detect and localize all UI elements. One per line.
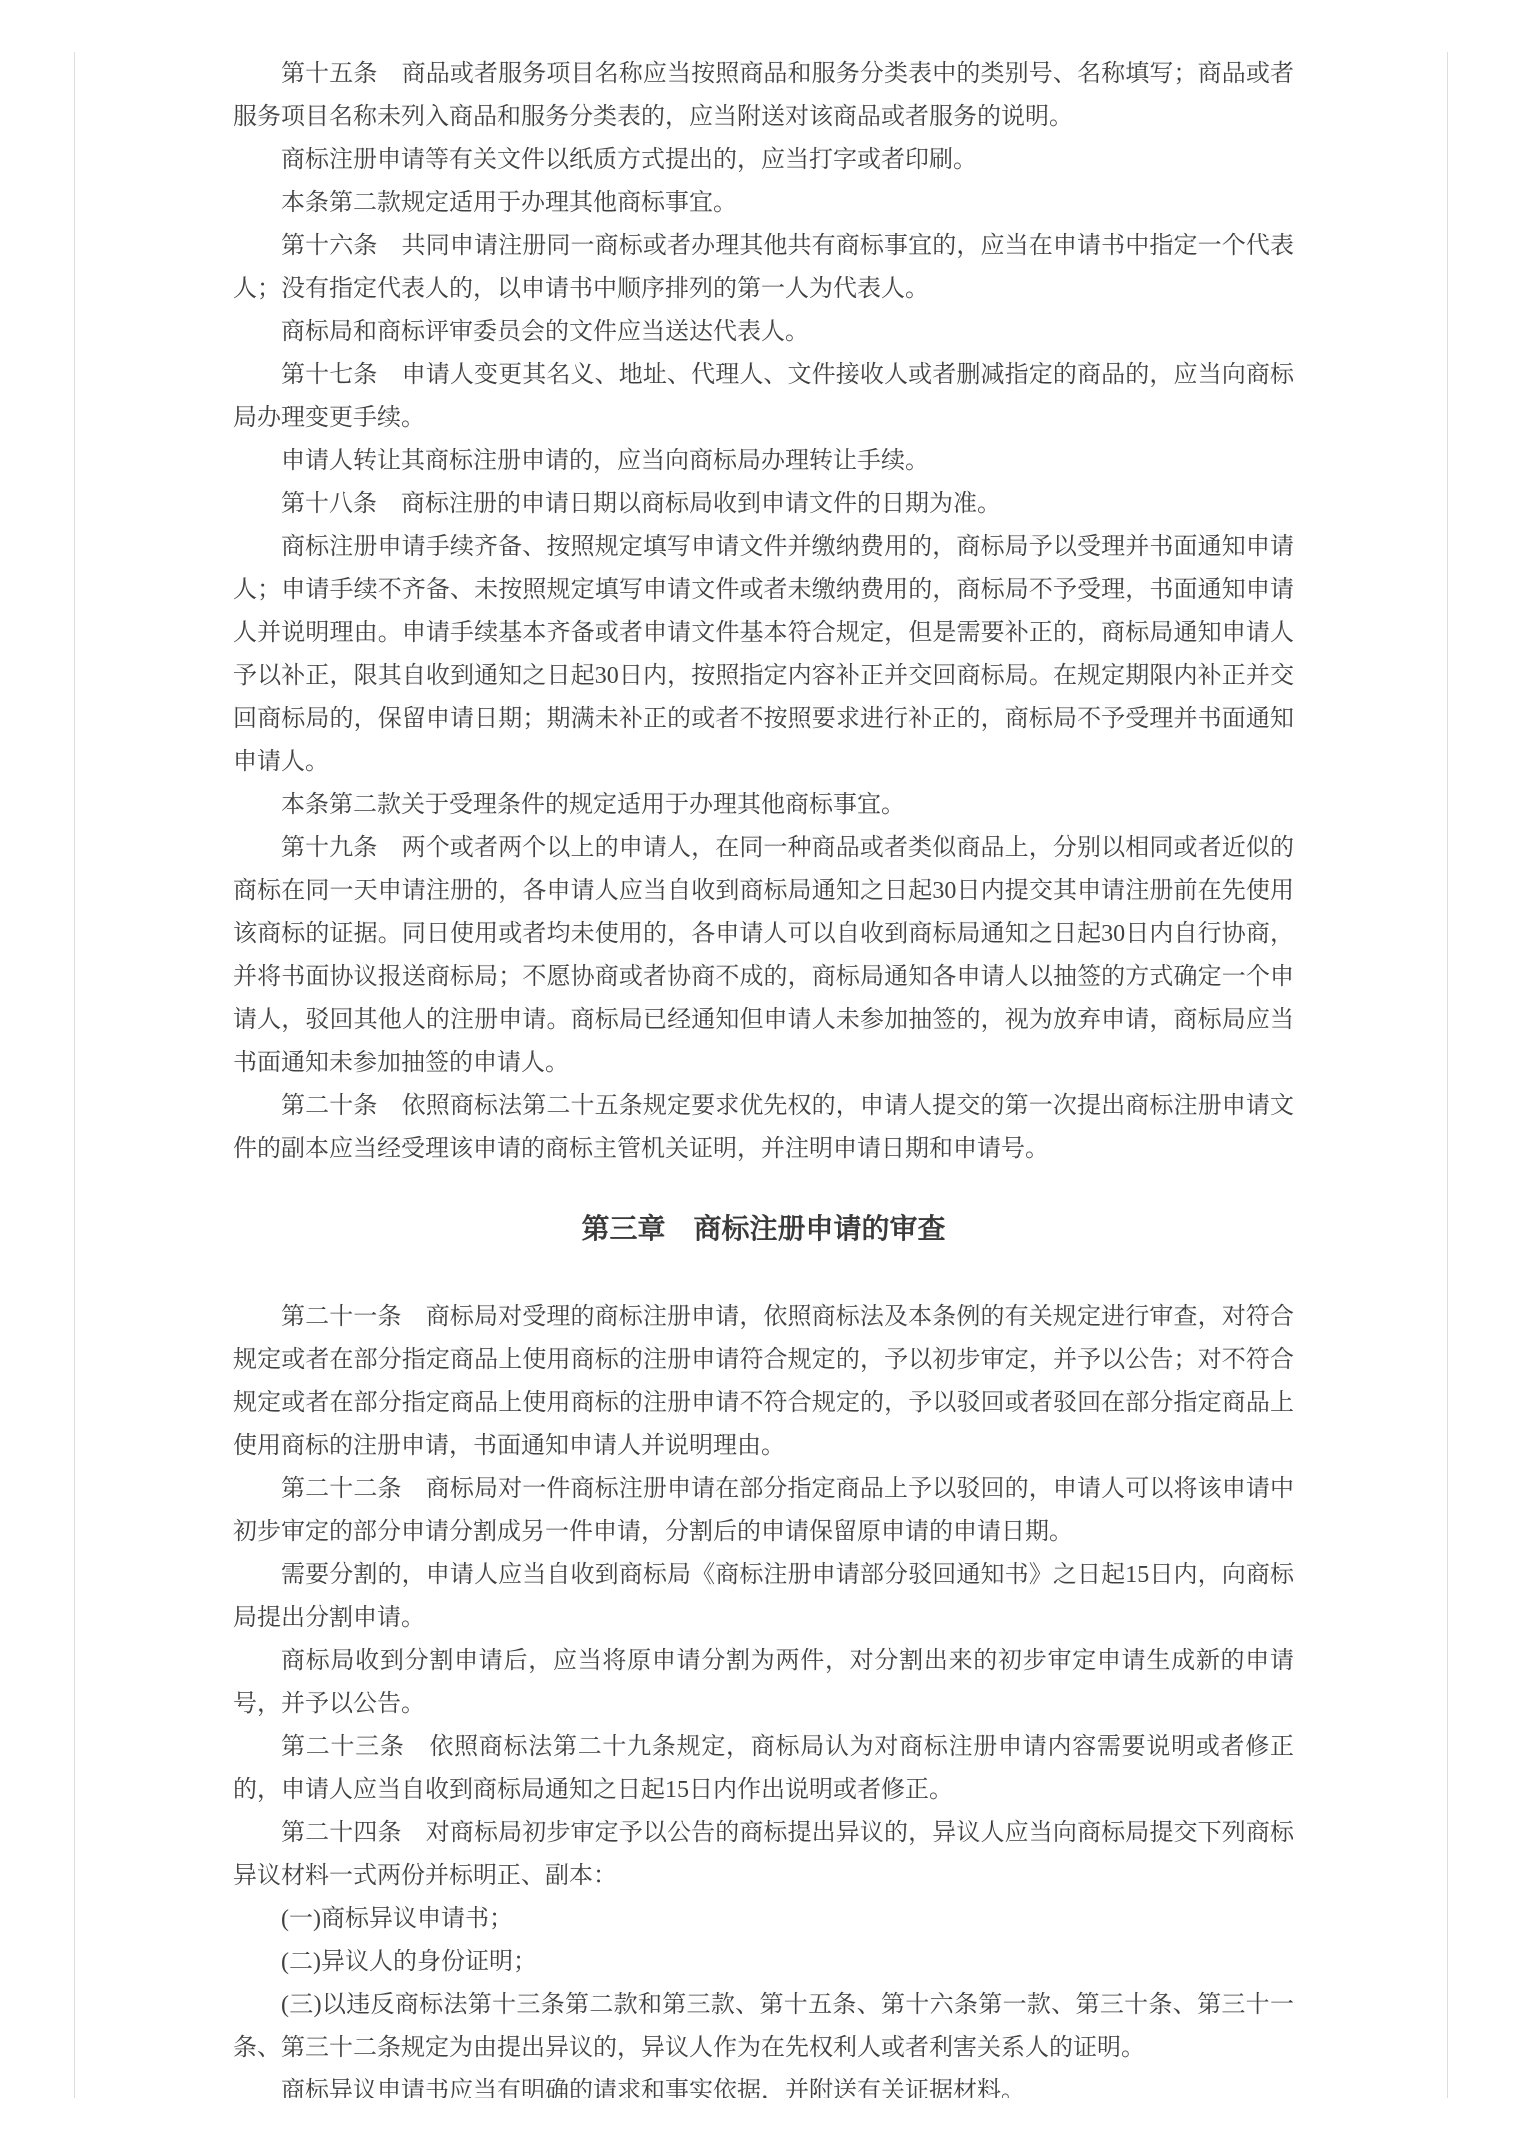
paragraph-article-24-item-1: (一)商标异议申请书；	[233, 1898, 1294, 1941]
paragraph-article-18-clause-2: 商标注册申请手续齐备、按照规定填写申请文件并缴纳费用的，商标局予以受理并书面通知…	[233, 526, 1294, 784]
paragraph-article-18-clause-3: 本条第二款关于受理条件的规定适用于办理其他商标事宜。	[233, 784, 1294, 827]
paragraph-article-24-clause-2: 商标异议申请书应当有明确的请求和事实依据，并附送有关证据材料。	[233, 2070, 1294, 2098]
paragraph-article-17: 第十七条 申请人变更其名义、地址、代理人、文件接收人或者删减指定的商品的，应当向…	[233, 354, 1294, 440]
paragraph-article-15: 第十五条 商品或者服务项目名称应当按照商品和服务分类表中的类别号、名称填写；商品…	[233, 53, 1294, 139]
paragraph-article-15-clause-2: 商标注册申请等有关文件以纸质方式提出的，应当打字或者印刷。	[233, 139, 1294, 182]
paragraph-article-18: 第十八条 商标注册的申请日期以商标局收到申请文件的日期为准。	[233, 483, 1294, 526]
paragraph-article-15-clause-3: 本条第二款规定适用于办理其他商标事宜。	[233, 182, 1294, 225]
paragraph-article-17-clause-2: 申请人转让其商标注册申请的，应当向商标局办理转让手续。	[233, 440, 1294, 483]
document-page: 第十五条 商品或者服务项目名称应当按照商品和服务分类表中的类别号、名称填写；商品…	[74, 52, 1448, 2098]
paragraph-article-24: 第二十四条 对商标局初步审定予以公告的商标提出异议的，异议人应当向商标局提交下列…	[233, 1812, 1294, 1898]
paragraph-article-21: 第二十一条 商标局对受理的商标注册申请，依照商标法及本条例的有关规定进行审查，对…	[233, 1296, 1294, 1468]
paragraph-article-24-item-2: (二)异议人的身份证明；	[233, 1941, 1294, 1984]
paragraph-article-16-clause-2: 商标局和商标评审委员会的文件应当送达代表人。	[233, 311, 1294, 354]
paragraph-article-22-clause-2: 需要分割的，申请人应当自收到商标局《商标注册申请部分驳回通知书》之日起15日内，…	[233, 1554, 1294, 1640]
document-body: 第十五条 商品或者服务项目名称应当按照商品和服务分类表中的类别号、名称填写；商品…	[75, 52, 1447, 2098]
paragraph-article-16: 第十六条 共同申请注册同一商标或者办理其他共有商标事宜的，应当在申请书中指定一个…	[233, 225, 1294, 311]
chapter-heading: 第三章 商标注册申请的审查	[233, 1207, 1294, 1251]
paragraph-article-22-clause-3: 商标局收到分割申请后，应当将原申请分割为两件，对分割出来的初步审定申请生成新的申…	[233, 1640, 1294, 1726]
paragraph-article-19: 第十九条 两个或者两个以上的申请人，在同一种商品或者类似商品上，分别以相同或者近…	[233, 827, 1294, 1085]
paragraph-article-24-item-3: (三)以违反商标法第十三条第二款和第三款、第十五条、第十六条第一款、第三十条、第…	[233, 1984, 1294, 2070]
paragraph-article-22: 第二十二条 商标局对一件商标注册申请在部分指定商品上予以驳回的，申请人可以将该申…	[233, 1468, 1294, 1554]
paragraph-article-20: 第二十条 依照商标法第二十五条规定要求优先权的，申请人提交的第一次提出商标注册申…	[233, 1085, 1294, 1171]
paragraph-article-23: 第二十三条 依照商标法第二十九条规定，商标局认为对商标注册申请内容需要说明或者修…	[233, 1726, 1294, 1812]
